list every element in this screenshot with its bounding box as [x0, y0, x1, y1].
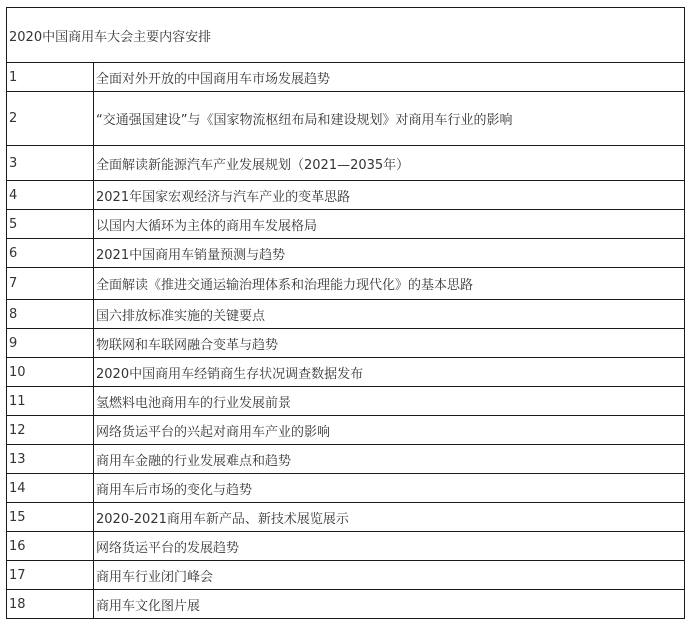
- row-number: 1: [7, 63, 94, 92]
- agenda-table: 2020中国商用车大会主要内容安排 1 全面对外开放的中国商用车市场发展趋势 2…: [6, 7, 685, 619]
- row-number: 17: [7, 561, 94, 590]
- row-number: 3: [7, 146, 94, 181]
- row-topic: 物联网和车联网融合变革与趋势: [94, 329, 685, 358]
- row-topic: 2021中国商用车销量预测与趋势: [94, 239, 685, 268]
- row-number: 2: [7, 92, 94, 146]
- table-row: 6 2021中国商用车销量预测与趋势: [7, 239, 685, 268]
- table-row: 12 网络货运平台的兴起对商用车产业的影响: [7, 416, 685, 445]
- row-topic: 2020中国商用车经销商生存状况调查数据发布: [94, 358, 685, 387]
- table-row: 7 全面解读《推进交通运输治理体系和治理能力现代化》的基本思路: [7, 268, 685, 300]
- table-row: 16 网络货运平台的发展趋势: [7, 532, 685, 561]
- table-row: 18 商用车文化图片展: [7, 590, 685, 619]
- row-number: 4: [7, 181, 94, 210]
- row-topic: 商用车后市场的变化与趋势: [94, 474, 685, 503]
- row-number: 10: [7, 358, 94, 387]
- row-number: 8: [7, 300, 94, 329]
- table-row: 3 全面解读新能源汽车产业发展规划（2021—2035年）: [7, 146, 685, 181]
- row-number: 7: [7, 268, 94, 300]
- table-header-row: 2020中国商用车大会主要内容安排: [7, 8, 685, 63]
- table-row: 11 氢燃料电池商用车的行业发展前景: [7, 387, 685, 416]
- table-title: 2020中国商用车大会主要内容安排: [7, 8, 685, 63]
- row-topic: 以国内大循环为主体的商用车发展格局: [94, 210, 685, 239]
- row-topic: 国六排放标准实施的关键要点: [94, 300, 685, 329]
- row-number: 5: [7, 210, 94, 239]
- row-topic: 全面解读《推进交通运输治理体系和治理能力现代化》的基本思路: [94, 268, 685, 300]
- row-topic: 网络货运平台的发展趋势: [94, 532, 685, 561]
- row-topic: 全面解读新能源汽车产业发展规划（2021—2035年）: [94, 146, 685, 181]
- row-number: 9: [7, 329, 94, 358]
- row-number: 15: [7, 503, 94, 532]
- row-topic: 网络货运平台的兴起对商用车产业的影响: [94, 416, 685, 445]
- row-topic: 氢燃料电池商用车的行业发展前景: [94, 387, 685, 416]
- table-row: 14 商用车后市场的变化与趋势: [7, 474, 685, 503]
- table-row: 10 2020中国商用车经销商生存状况调查数据发布: [7, 358, 685, 387]
- row-topic: 商用车行业闭门峰会: [94, 561, 685, 590]
- row-number: 14: [7, 474, 94, 503]
- table-row: 17 商用车行业闭门峰会: [7, 561, 685, 590]
- table-row: 9 物联网和车联网融合变革与趋势: [7, 329, 685, 358]
- table-row: 8 国六排放标准实施的关键要点: [7, 300, 685, 329]
- row-number: 6: [7, 239, 94, 268]
- row-topic: 商用车文化图片展: [94, 590, 685, 619]
- table-row: 15 2020-2021商用车新产品、新技术展览展示: [7, 503, 685, 532]
- row-number: 16: [7, 532, 94, 561]
- row-number: 11: [7, 387, 94, 416]
- row-topic: “交通强国建设”与《国家物流枢纽布局和建设规划》对商用车行业的影响: [94, 92, 685, 146]
- row-number: 13: [7, 445, 94, 474]
- table-row: 1 全面对外开放的中国商用车市场发展趋势: [7, 63, 685, 92]
- table-row: 2 “交通强国建设”与《国家物流枢纽布局和建设规划》对商用车行业的影响: [7, 92, 685, 146]
- row-topic: 商用车金融的行业发展难点和趋势: [94, 445, 685, 474]
- row-number: 18: [7, 590, 94, 619]
- table-row: 13 商用车金融的行业发展难点和趋势: [7, 445, 685, 474]
- table-row: 4 2021年国家宏观经济与汽车产业的变革思路: [7, 181, 685, 210]
- row-topic: 全面对外开放的中国商用车市场发展趋势: [94, 63, 685, 92]
- table-row: 5 以国内大循环为主体的商用车发展格局: [7, 210, 685, 239]
- row-topic: 2020-2021商用车新产品、新技术展览展示: [94, 503, 685, 532]
- row-number: 12: [7, 416, 94, 445]
- row-topic: 2021年国家宏观经济与汽车产业的变革思路: [94, 181, 685, 210]
